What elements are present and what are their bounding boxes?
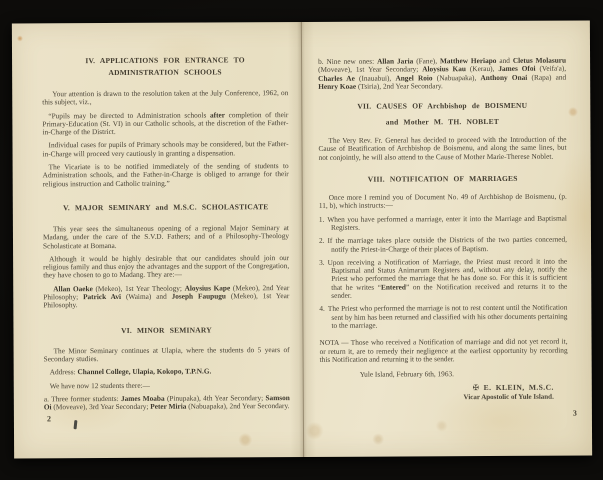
paragraph-former-students: a. Three former students: James Moaba (P… [44, 394, 290, 412]
signature-name: ✠ E. KLEIN, M.S.C. [320, 383, 554, 393]
paragraph-seminary-opening: This year sees the simultaneous opening … [43, 224, 289, 250]
paragraph-causes: The Very Rev. Fr. General has decided to… [318, 136, 566, 162]
paragraph-quote: “Pupils may be directed to Administratio… [42, 111, 288, 137]
paragraph-resolution: Your attention is drawn to the resolutio… [42, 89, 288, 107]
list-item-text: If the marriage takes place outside the … [327, 235, 567, 254]
list-item-text: Upon receiving a Notification of Marriag… [328, 256, 568, 299]
page-number-left: 2 [47, 414, 51, 423]
paragraph-minor-seminary: The Minor Seminary continues at Ulapia, … [44, 346, 290, 364]
paragraph-seminary-students: Allan Oaeke (Mekeo), 1st Year Theology; … [43, 284, 289, 310]
section-vii-heading-line1: VII. CAUSES OF Archbishop de BOISMENU [318, 101, 566, 111]
section-vii-heading-line2: and Mother M. TH. NOBLET [318, 117, 566, 127]
page-right: b. Nine new ones: Allan Jaria (Fane), Ma… [318, 57, 568, 403]
section-v-heading: V. MAJOR SEMINARY and M.S.C. SCHOLASTICA… [43, 202, 289, 212]
paragraph-address: Address: Channel College, Ulapia, Kokopo… [44, 367, 290, 377]
list-item-text: The Priest who performed the marriage is… [328, 303, 568, 330]
list-item-text: When you have performed a marriage, ente… [327, 213, 567, 232]
section-iv-heading-line2: ADMINISTRATION SCHOOLS [42, 67, 288, 77]
list-item-1: 1.When you have performed a marriage, en… [319, 214, 567, 232]
paragraph-individual-cases: Individual cases for pupils of Primary s… [42, 141, 288, 159]
paragraph-remind: Once more I remind you of Document No. 4… [319, 193, 567, 211]
paragraph-although: Although it would be highly desirable th… [43, 254, 289, 280]
paragraph-nota: NOTA — Those who received a Notification… [320, 338, 568, 364]
paragraph-new-students: b. Nine new ones: Allan Jaria (Fane), Ma… [318, 57, 566, 91]
dateline: Yule Island, February 6th, 1963. [320, 370, 568, 380]
page-left: IV. APPLICATIONS FOR ENTRANCE TO ADMINIS… [42, 55, 290, 417]
list-item-3: 3.Upon receiving a Notification of Marri… [319, 257, 567, 300]
list-item-2: 2.If the marriage takes place outside th… [319, 236, 567, 254]
paragraph-student-count: We have now 12 students there:— [44, 381, 290, 391]
paragraph-vicariate: The Vicariate is to be notified immediat… [43, 162, 289, 188]
list-item-4: 4.The Priest who performed the marriage … [319, 304, 567, 330]
page-number-right: 3 [573, 409, 577, 418]
section-vi-heading: VI. MINOR SEMINARY [43, 325, 289, 335]
signature-title: Vicar Apostolic of Yule Island. [320, 393, 554, 402]
ink-mark [74, 420, 78, 429]
document-spread: IV. APPLICATIONS FOR ENTRANCE TO ADMINIS… [12, 20, 592, 458]
section-viii-heading: VIII. NOTIFICATION OF MARRIAGES [319, 174, 567, 184]
signature-block: ✠ E. KLEIN, M.S.C. Vicar Apostolic of Yu… [320, 383, 568, 402]
section-iv-heading-line1: IV. APPLICATIONS FOR ENTRANCE TO [42, 55, 288, 65]
